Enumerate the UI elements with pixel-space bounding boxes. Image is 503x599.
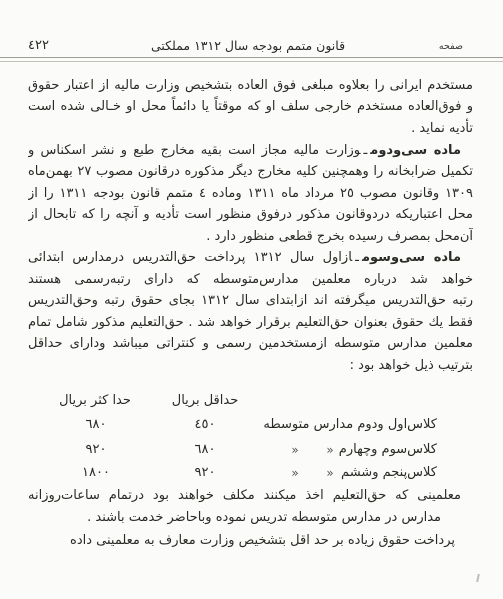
article-33-title: ماده سی‌وسوم [362, 250, 461, 265]
article-33-heading-line: ماده سی‌وسومـازاول سال ١٣١٢ پرداخت حق‌ال… [28, 247, 473, 268]
page-word-label: صفحه [439, 41, 463, 52]
table-row: کلاس‌پنجم وششم « « ٩٢٠ ١٨٠٠ [0, 462, 503, 484]
table-row-max: ١٨٠٠ [56, 462, 136, 484]
body-line: معلمینی که حق‌التعلیم اخذ میکنند مکلف خو… [28, 485, 473, 506]
table-row-max: ٩٢٠ [56, 439, 136, 461]
table-col-max-header: حدا کثر بریال [50, 390, 140, 412]
ditto-mark: « [287, 439, 303, 461]
body-line: ١٣٠٩ وقانون مصوب ٢٥ مرداد ماه ١٣١١ وماده… [28, 183, 473, 204]
dash: ـ [352, 250, 362, 265]
body-line: تأدیه نماید . [28, 118, 473, 139]
body-line: آن‌محل بمصرف رسیده بخرج قطعی منظور دارد … [28, 226, 473, 247]
table-row-min: ٤٥٠ [168, 414, 242, 436]
body-line: تکمیل ضرابخانه را وهمچنین کلیه مخارج دیگ… [28, 161, 473, 182]
article-32-title: ماده سی‌ودوم [370, 143, 461, 158]
body-line: رتبه حق‌التدریس میگرفته اند ازابتدای سال… [28, 290, 473, 311]
table-header-row: حداقل بریال حدا کثر بریال [0, 390, 503, 412]
article-32-heading-line: ماده سی‌ودومـوزارت مالیه مجاز است بقیه م… [28, 140, 473, 161]
body-line: خواهد شد درباره معلمین مدارس‌متوسطه که د… [28, 269, 473, 290]
table-row-label: کلاس‌پنجم وششم [341, 462, 437, 484]
ditto-mark: « [322, 462, 338, 484]
table-row-min: ٦٨٠ [168, 439, 242, 461]
scan-artifact [476, 574, 480, 582]
table-row-label: کلاس‌سوم وچهارم [339, 439, 437, 461]
table-row: کلاس‌اول ودوم مدارس متوسطه ٤٥٠ ٦٨٠ [0, 414, 503, 436]
ditto-mark: « [322, 439, 338, 461]
scanned-document-page: صفحه قانون متمم بودجه سال ١٣١٢ مملکتی ٤٢… [0, 0, 503, 599]
article-32-text: وزارت مالیه مجاز است بقیه مخارج طبع و نش… [28, 143, 360, 158]
body-line: پرداخت حقوق زیاده بر حد اقل بتشخیص وزارت… [28, 530, 473, 551]
page-number: ٤٢٢ [28, 38, 49, 53]
page-title: قانون متمم بودجه سال ١٣١٢ مملکتی [113, 38, 383, 53]
body-line: محل اعتباریکه دردوقانون مذکور درفوق منظو… [28, 204, 473, 225]
header-rule [0, 57, 503, 62]
table-row-min: ٩٢٠ [168, 462, 242, 484]
table-row: کلاس‌سوم وچهارم « « ٦٨٠ ٩٢٠ [0, 439, 503, 461]
table-row-label: کلاس‌اول ودوم مدارس متوسطه [263, 414, 437, 436]
table-row-max: ٦٨٠ [56, 414, 136, 436]
table-col-min-header: حداقل بریال [168, 390, 242, 412]
body-line: بترتیب ذیل خواهد بود : [28, 355, 473, 376]
ditto-mark: « [287, 462, 303, 484]
body-line: معلمین مدارس متوسطه ازمستخدمین رسمی و کن… [28, 333, 473, 354]
body-line: فقط یك حقوق بعنوان حق‌التعلیم برقرار خوا… [28, 312, 473, 333]
body-line: مدارس در مدارس متوسطه تدریس نموده وباحاض… [28, 507, 473, 528]
dash: ـ [360, 143, 370, 158]
body-line: مستخدم ایرانی را بعلاوه مبلغی فوق العاده… [28, 75, 473, 96]
body-line: و فوق‌العاده مستخدم خارجی سلف او که موقت… [28, 96, 473, 117]
